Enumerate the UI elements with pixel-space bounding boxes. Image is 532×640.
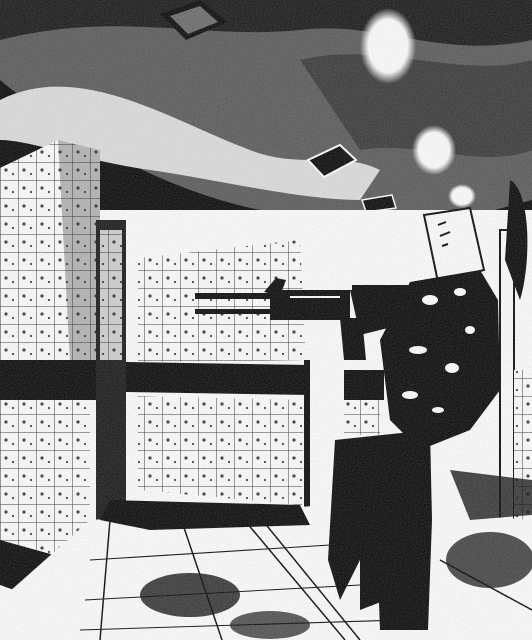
photo-illustration	[0, 0, 532, 640]
photo-scene	[0, 0, 532, 640]
grain-overlay	[0, 0, 532, 640]
